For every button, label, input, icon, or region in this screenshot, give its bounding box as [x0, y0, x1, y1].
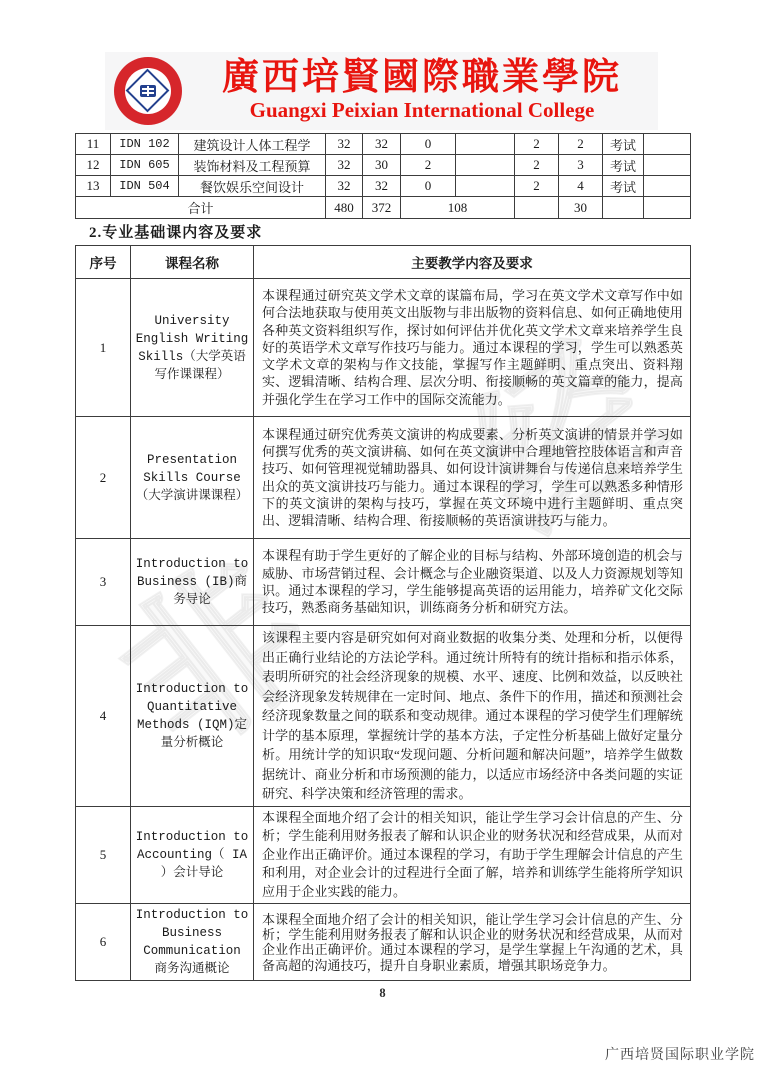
exam-type: 考试	[603, 155, 644, 176]
column-header-content: 主要教学内容及要求	[254, 246, 691, 279]
course-description: 本课程有助于学生更好的了解企业的目标与结构、外部环境创造的机会与威胁、市场营销过…	[254, 539, 691, 626]
college-title-english: Guangxi Peixian International College	[193, 98, 651, 122]
course-code: IDN 605	[111, 155, 179, 176]
course-hours-table: 11 IDN 102 建筑设计人体工程学 32 32 0 2 2 考试 12 I…	[75, 133, 691, 219]
college-seal-inner	[125, 68, 171, 114]
semester: 2	[559, 134, 603, 155]
column-header-number: 序号	[76, 246, 131, 279]
course-name: Presentation Skills Course（大学演讲课课程）	[131, 417, 254, 539]
total-row: 合计 480 372 108 30	[76, 197, 691, 219]
table-row: 4 Introduction to Quantitative Methods (…	[76, 626, 691, 807]
table-row: 1 University English Writing Skills（大学英语…	[76, 279, 691, 417]
course-description: 本课程通过研究优秀英文演讲的构成要素、分析英文演讲的情景并学习如何撰写优秀的英文…	[254, 417, 691, 539]
page-number: 8	[75, 986, 690, 1001]
semester: 3	[559, 155, 603, 176]
empty-cell	[456, 134, 515, 155]
empty-cell	[456, 176, 515, 197]
practice-hours-sum: 108	[401, 197, 515, 219]
total-hours: 32	[326, 176, 363, 197]
footer-school-name: 广西培贤国际职业学院	[605, 1044, 755, 1064]
course-name: University English Writing Skills（大学英语写作…	[131, 279, 254, 417]
table-row: 13 IDN 504 餐饮娱乐空间设计 32 32 0 2 4 考试	[76, 176, 691, 197]
row-number: 3	[76, 539, 131, 626]
exam-type: 考试	[603, 134, 644, 155]
row-number: 11	[76, 134, 111, 155]
column-header-course-name: 课程名称	[131, 246, 254, 279]
row-number: 6	[76, 904, 131, 981]
semester: 4	[559, 176, 603, 197]
practice-hours: 2	[401, 155, 456, 176]
course-description: 本课程全面地介绍了会计的相关知识，能让学生学习会计信息的产生、分析；学生能利用财…	[254, 904, 691, 981]
course-description: 本课程全面地介绍了会计的相关知识，能让学生学习会计信息的产生、分析；学生能利用财…	[254, 806, 691, 904]
empty-cell	[515, 197, 559, 219]
total-hours-sum: 480	[326, 197, 363, 219]
table-row: 3 Introduction to Business (IB)商务导论 本课程有…	[76, 539, 691, 626]
theory-hours: 32	[363, 176, 401, 197]
credits-sum: 30	[559, 197, 603, 219]
table-row: 2 Presentation Skills Course（大学演讲课课程） 本课…	[76, 417, 691, 539]
course-name: Introduction to Accounting（ IA ）会计导论	[131, 806, 254, 904]
college-header-banner: 廣西培賢國際職業學院 Guangxi Peixian International…	[105, 52, 658, 130]
weekly-hours: 2	[515, 155, 559, 176]
empty-cell	[644, 134, 691, 155]
theory-hours: 32	[363, 134, 401, 155]
exam-type: 考试	[603, 176, 644, 197]
row-number: 5	[76, 806, 131, 904]
college-seal-logo	[114, 57, 182, 125]
empty-cell	[603, 197, 644, 219]
empty-cell	[644, 155, 691, 176]
course-description: 本课程通过研究英文学术文章的谋篇布局，学习在英文学术文章写作中如何合法地获取与使…	[254, 279, 691, 417]
total-hours: 32	[326, 134, 363, 155]
course-name: 建筑设计人体工程学	[179, 134, 326, 155]
empty-cell	[644, 197, 691, 219]
row-number: 2	[76, 417, 131, 539]
table-row: 11 IDN 102 建筑设计人体工程学 32 32 0 2 2 考试	[76, 134, 691, 155]
row-number: 12	[76, 155, 111, 176]
empty-cell	[644, 176, 691, 197]
row-number: 13	[76, 176, 111, 197]
weekly-hours: 2	[515, 134, 559, 155]
book-icon	[140, 85, 156, 97]
practice-hours: 0	[401, 176, 456, 197]
table-row: 12 IDN 605 装饰材料及工程预算 32 30 2 2 3 考试	[76, 155, 691, 176]
weekly-hours: 2	[515, 176, 559, 197]
course-description: 该课程主要内容是研究如何对商业数据的收集分类、处理和分析，以便得出正确行业结论的…	[254, 626, 691, 807]
course-code: IDN 504	[111, 176, 179, 197]
table-row: 6 Introduction to Business Communication…	[76, 904, 691, 981]
total-label: 合计	[76, 197, 326, 219]
course-content-table: 序号 课程名称 主要教学内容及要求 1 University English W…	[75, 245, 691, 981]
empty-cell	[456, 155, 515, 176]
course-name: Introduction to Business Communication 商…	[131, 904, 254, 981]
course-code: IDN 102	[111, 134, 179, 155]
header-row: 序号 课程名称 主要教学内容及要求	[76, 246, 691, 279]
row-number: 4	[76, 626, 131, 807]
theory-hours: 30	[363, 155, 401, 176]
row-number: 1	[76, 279, 131, 417]
total-hours: 32	[326, 155, 363, 176]
theory-hours-sum: 372	[363, 197, 401, 219]
course-name: Introduction to Business (IB)商务导论	[131, 539, 254, 626]
section-heading: 2.专业基础课内容及要求	[89, 221, 262, 242]
course-name: 装饰材料及工程预算	[179, 155, 326, 176]
course-name: 餐饮娱乐空间设计	[179, 176, 326, 197]
practice-hours: 0	[401, 134, 456, 155]
course-name: Introduction to Quantitative Methods (IQ…	[131, 626, 254, 807]
college-title-chinese: 廣西培賢國際職業學院	[193, 54, 651, 98]
table-row: 5 Introduction to Accounting（ IA ）会计导论 本…	[76, 806, 691, 904]
